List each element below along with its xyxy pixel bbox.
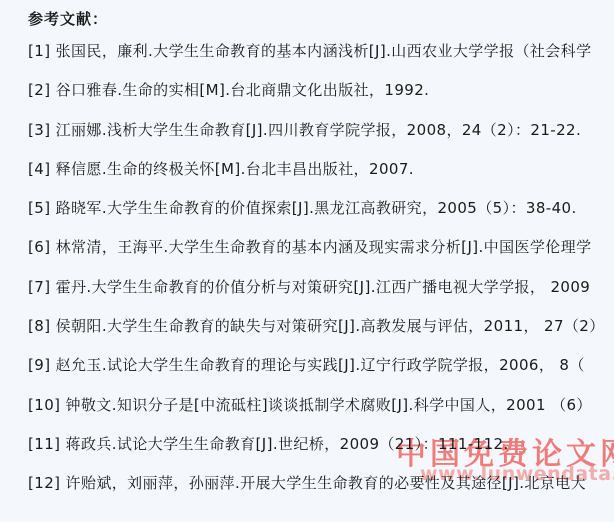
reference-item: [10] 钟敬文.知识分子是[中流砥柱]谈谈抵制学术腐败[J].科学中国人，20… xyxy=(28,396,614,435)
reference-list: [1] 张国民，廉利.大学生生命教育的基本内涵浅析[J].山西农业大学学报（社会… xyxy=(28,42,614,514)
reference-item: [6] 林常清，王海平.大学生生命教育的基本内涵及现实需求分析[J].中国医学伦… xyxy=(28,238,614,277)
reference-item: [3] 江丽娜.浅析大学生生命教育[J].四川教育学院学报，2008，24（2）… xyxy=(28,121,614,160)
reference-item: [7] 霍丹.大学生生命教育的价值分析与对策研究[J].江西广播电视大学学报， … xyxy=(28,278,614,317)
reference-item: [8] 侯朝阳.大学生生命教育的缺失与对策研究[J].高教发展与评估，2011，… xyxy=(28,317,614,356)
references-heading: 参考文献： xyxy=(28,8,108,29)
reference-item: [5] 路晓军.大学生生命教育的价值探索[J].黑龙江高教研究，2005（5）：… xyxy=(28,199,614,238)
reference-item: [12] 许贻斌，刘丽萍，孙丽萍.开展大学生生命教育的必要性及其途径[J].北京… xyxy=(28,474,614,513)
reference-item: [4] 释信愿.生命的终极关怀[M].台北丰昌出版社，2007. xyxy=(28,160,614,199)
reference-item: [1] 张国民，廉利.大学生生命教育的基本内涵浅析[J].山西农业大学学报（社会… xyxy=(28,42,614,81)
reference-item: [11] 蒋政兵.试论大学生生命教育[J].世纪桥，2009（21）：111-1… xyxy=(28,435,614,474)
reference-item: [9] 赵允玉.试论大学生生命教育的理论与实践[J].辽宁行政学院学报，2006… xyxy=(28,356,614,395)
reference-item: [2] 谷口雅春.生命的实相[M].台北商鼎文化出版社，1992. xyxy=(28,81,614,120)
